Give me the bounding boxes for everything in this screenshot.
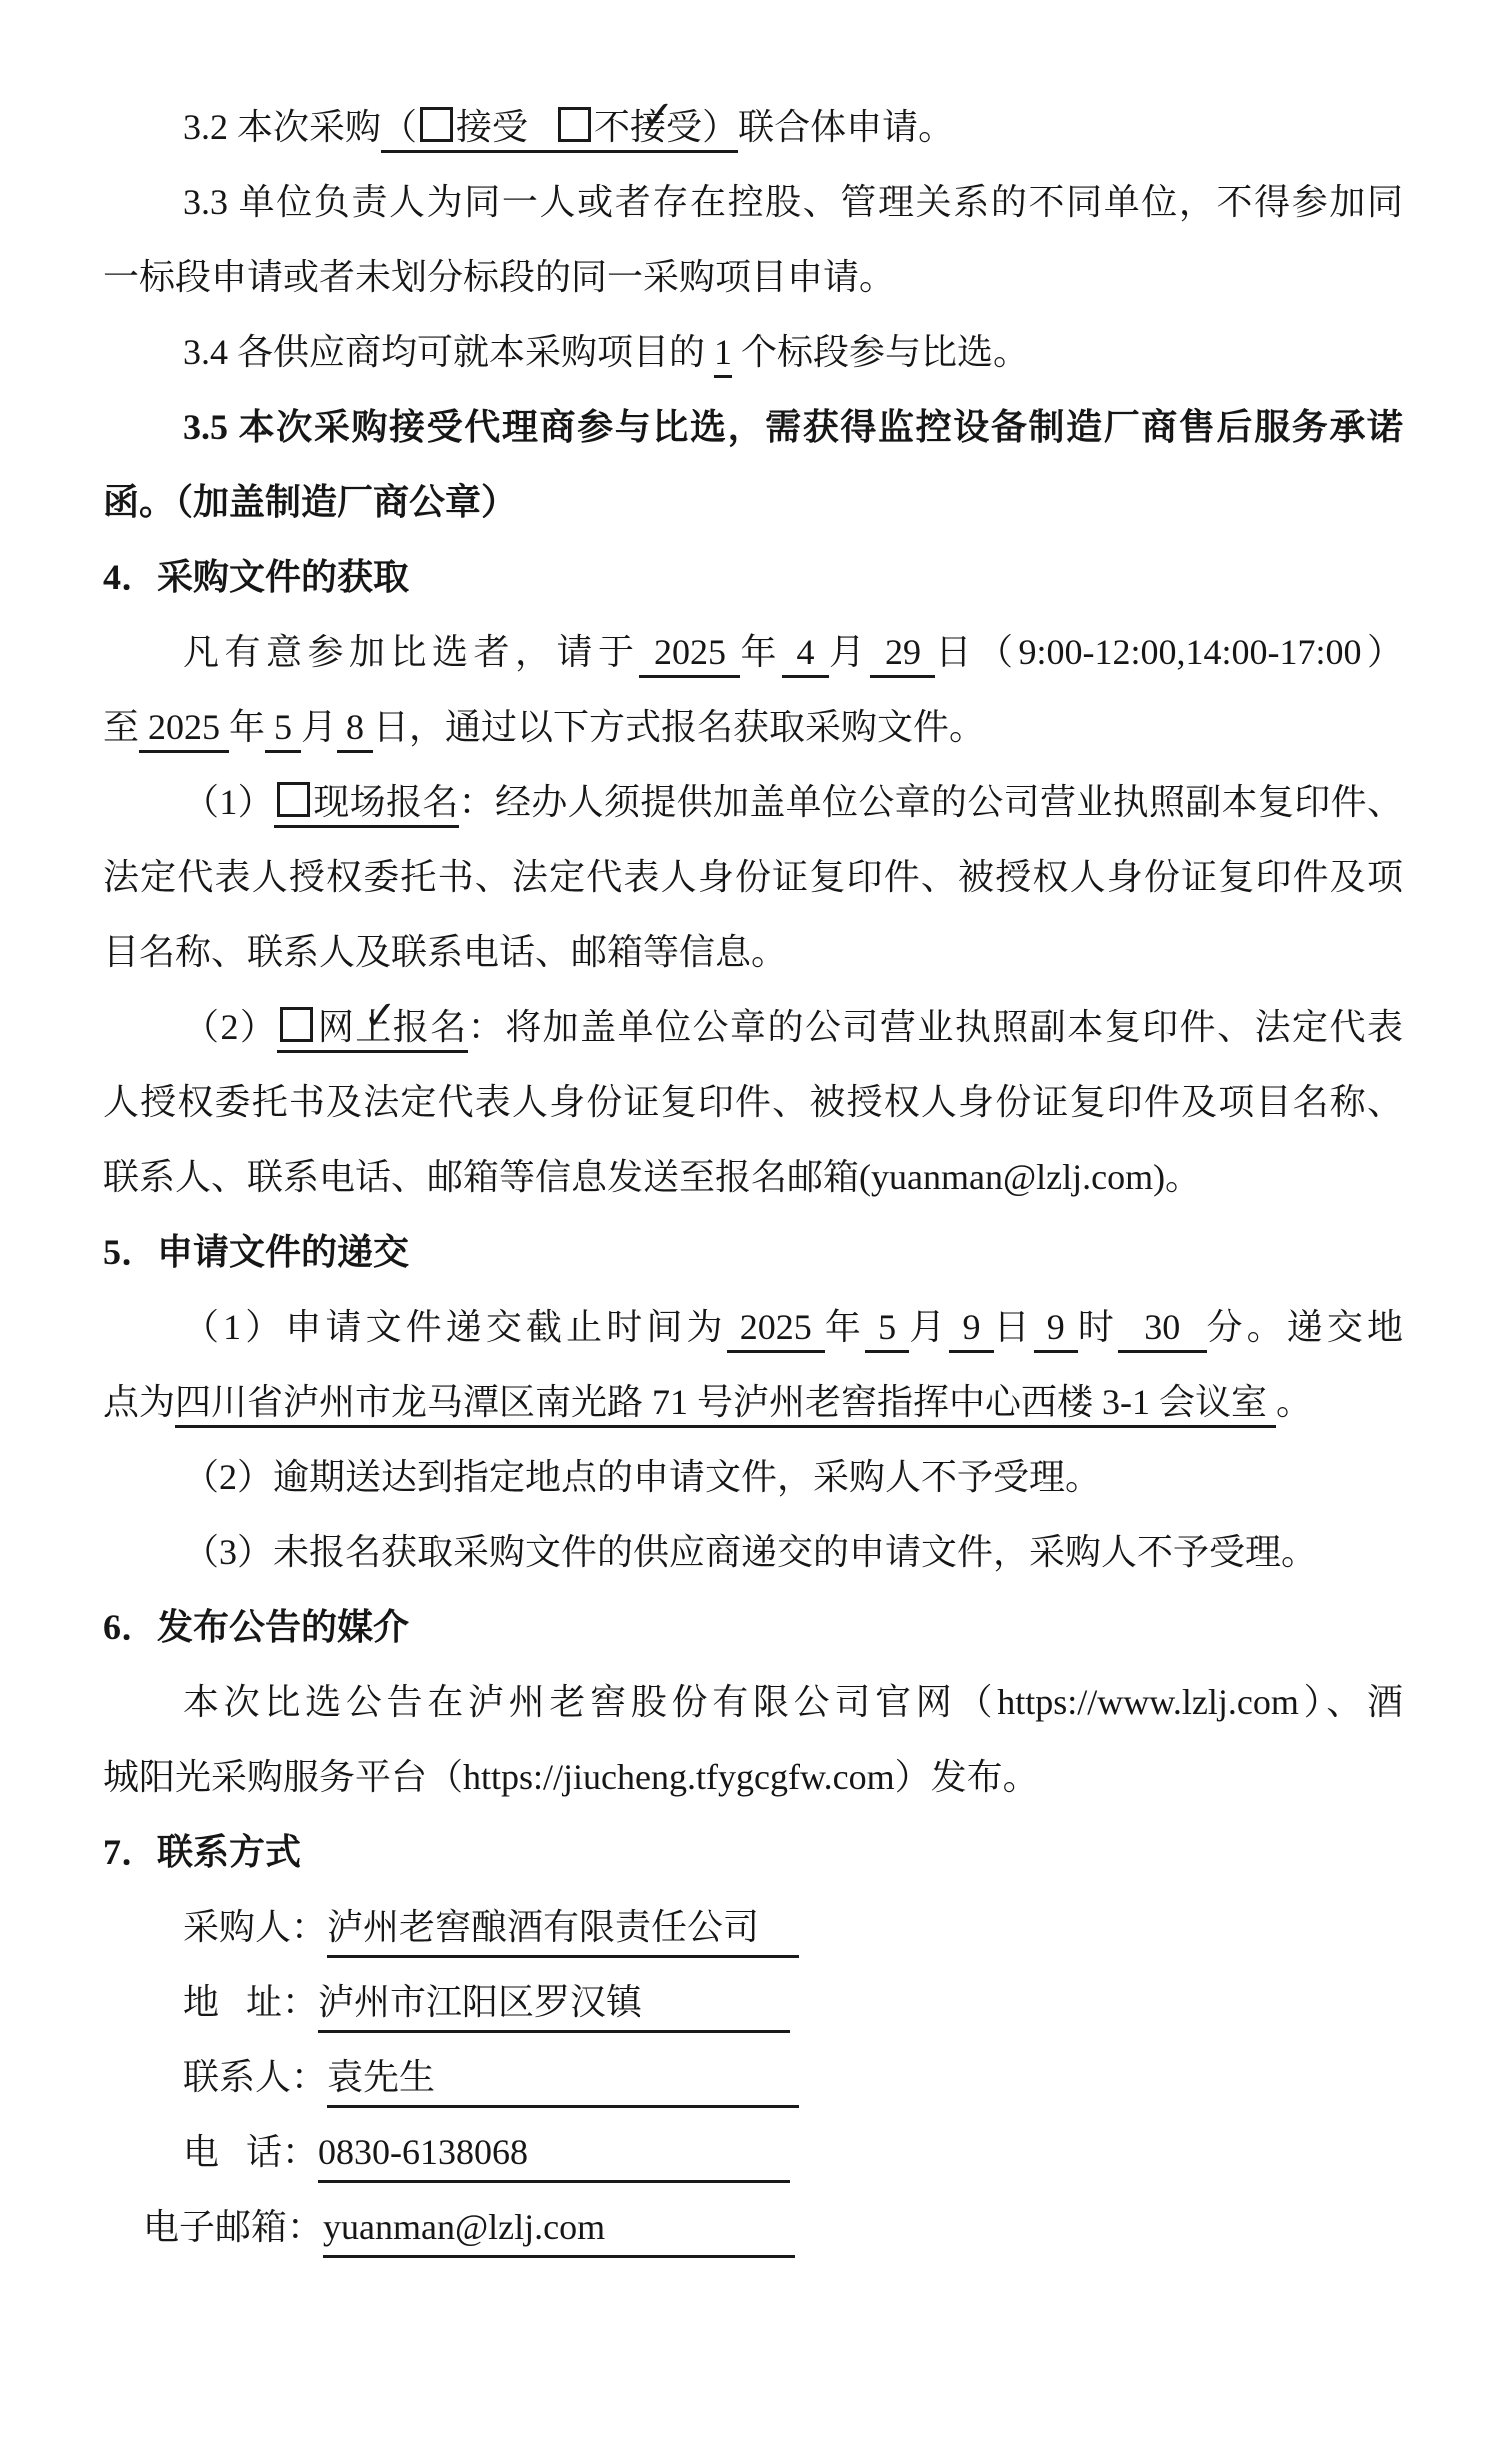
section-4-para-line-1: 凡有意参加比选者，请于 2025 年 4 月 29 日（9:00-12:00,1… <box>103 615 1403 690</box>
text-run: （2）逾期送达到指定地点的申请文件，采购人不予受理。 <box>183 1457 1101 1497</box>
document-body: 3.2 本次采购（接受 ✓不接受）联合体申请。3.3 单位负责人为同一人或者存在… <box>103 90 1403 2265</box>
text-run: 月 <box>909 1307 949 1347</box>
text-run: 月 <box>829 632 871 672</box>
text-run: 6．发布公告的媒介 <box>103 1607 409 1647</box>
checkbox-box: ✓ <box>558 107 591 142</box>
text-run: 年 <box>825 1307 865 1347</box>
clause-3-5-line-2: 函。（加盖制造厂商公章） <box>103 465 1403 540</box>
underlined-text: 5 <box>265 707 301 753</box>
checkbox-unchecked-icon <box>417 107 456 153</box>
checkbox-box <box>277 782 310 817</box>
text-run: （1） <box>183 782 274 822</box>
contact-address-row: 地 址：泸州市江阳区罗汉镇 <box>103 1965 1403 2040</box>
field-value: 泸州市江阳区罗汉镇 <box>318 1978 790 2033</box>
text-run: 联系人、联系电话、邮箱等信息发送至报名邮箱(yuanman@lzlj.com)。 <box>103 1157 1201 1197</box>
underlined-text: 四川省泸州市龙马潭区南光路 71 号泸州老窖指挥中心西楼 3-1 会议室 <box>175 1382 1276 1428</box>
text-run: 时 <box>1078 1307 1118 1347</box>
registration-option-2-line-2: 人授权委托书及法定代表人身份证复印件、被授权人身份证复印件及项目名称、 <box>103 1065 1403 1140</box>
underlined-text: 接受 <box>456 107 528 153</box>
text-run: 目名称、联系人及联系电话、邮箱等信息。 <box>103 932 787 972</box>
contact-email-row: 电子邮箱：yuanman@lzlj.com <box>103 2190 1403 2265</box>
clause-3-3-line-2: 一标段申请或者未划分标段的同一采购项目申请。 <box>103 240 1403 315</box>
text-run: 分。递交地 <box>1207 1307 1403 1347</box>
checkbox-unchecked-icon <box>274 782 313 828</box>
underlined-text: （ <box>381 107 417 153</box>
text-run: 函。（加盖制造厂商公章） <box>103 482 517 522</box>
text-run: 联合体申请。 <box>738 107 954 147</box>
text-run: （2） <box>183 1007 277 1047</box>
section-4-para-line-2: 至 2025 年 5 月 8 日，通过以下方式报名获取采购文件。 <box>103 690 1403 765</box>
section-5-item-3: （3）未报名获取采购文件的供应商递交的申请文件，采购人不予受理。 <box>103 1515 1403 1590</box>
text-run: 一标段申请或者未划分标段的同一采购项目申请。 <box>103 257 895 297</box>
underlined-text: 1 <box>714 332 732 378</box>
underlined-text: 4 <box>782 632 829 678</box>
clause-3-5-line-1: 3.5 本次采购接受代理商参与比选，需获得监控设备制造厂商售后服务承诺 <box>103 390 1403 465</box>
text-run: 3.4 各供应商均可就本采购项目的 <box>183 332 714 372</box>
checkbox-checked-icon: ✓ <box>555 107 594 153</box>
text-run: 4．采购文件的获取 <box>103 557 409 597</box>
underlined-text: 5 <box>865 1307 909 1353</box>
section-6-para-line-1: 本次比选公告在泸州老窖股份有限公司官网（https://www.lzlj.com… <box>103 1665 1403 1740</box>
field-label: 电 话： <box>183 2132 318 2172</box>
text-run: 年 <box>229 707 265 747</box>
underlined-text: 2025 <box>139 707 229 753</box>
registration-option-2-line-1: （2）✓网上报名：将加盖单位公章的公司营业执照副本复印件、法定代表 <box>103 990 1403 1065</box>
registration-option-1-line-2: 法定代表人授权委托书、法定代表人身份证复印件、被授权人身份证复印件及项 <box>103 840 1403 915</box>
section-6-para-line-2: 城阳光采购服务平台（https://jiucheng.tfygcgfw.com）… <box>103 1740 1403 1815</box>
underlined-text: 2025 <box>639 632 740 678</box>
text-run: 日（9:00-12:00,14:00-17:00） <box>935 632 1402 672</box>
text-run: （1）申请文件递交截止时间为 <box>183 1307 727 1347</box>
field-label: 地 址： <box>183 1982 318 2022</box>
text-run: （3）未报名获取采购文件的供应商递交的申请文件，采购人不予受理。 <box>183 1532 1317 1572</box>
text-run: 7．联系方式 <box>103 1832 301 1872</box>
field-value: yuanman@lzlj.com <box>323 2203 795 2258</box>
underlined-text: 8 <box>337 707 373 753</box>
text-run: 5．申请文件的递交 <box>103 1232 409 1272</box>
registration-option-1-line-1: （1）现场报名：经办人须提供加盖单位公章的公司营业执照副本复印件、 <box>103 765 1403 840</box>
contact-person-row: 联系人：袁先生 <box>103 2040 1403 2115</box>
section-6-heading: 6．发布公告的媒介 <box>103 1590 1403 1665</box>
text-run: ：经办人须提供加盖单位公章的公司营业执照副本复印件、 <box>459 782 1403 822</box>
section-5-item-2: （2）逾期送达到指定地点的申请文件，采购人不予受理。 <box>103 1440 1403 1515</box>
section-5-item-1-line-2: 点为四川省泸州市龙马潭区南光路 71 号泸州老窖指挥中心西楼 3-1 会议室 。 <box>103 1365 1403 1440</box>
text-run: 人授权委托书及法定代表人身份证复印件、被授权人身份证复印件及项目名称、 <box>103 1082 1403 1122</box>
underlined-text: ） <box>702 107 738 153</box>
procurement-notice-page: 3.2 本次采购（接受 ✓不接受）联合体申请。3.3 单位负责人为同一人或者存在… <box>0 0 1500 2437</box>
text-run: 凡有意参加比选者，请于 <box>183 632 639 672</box>
contact-phone-row: 电 话：0830-6138068 <box>103 2115 1403 2190</box>
section-4-heading: 4．采购文件的获取 <box>103 540 1403 615</box>
field-value: 0830-6138068 <box>318 2128 790 2183</box>
clause-3-4: 3.4 各供应商均可就本采购项目的 1 个标段参与比选。 <box>103 315 1403 390</box>
field-value: 泸州老窖酿酒有限责任公司 <box>327 1903 799 1958</box>
text-run: 本次比选公告在泸州老窖股份有限公司官网（https://www.lzlj.com… <box>183 1682 1403 1722</box>
text-run: 法定代表人授权委托书、法定代表人身份证复印件、被授权人身份证复印件及项 <box>103 857 1403 897</box>
text-run: 年 <box>740 632 782 672</box>
field-value: 袁先生 <box>327 2053 799 2108</box>
underlined-text <box>528 107 555 153</box>
clause-3-2: 3.2 本次采购（接受 ✓不接受）联合体申请。 <box>103 90 1403 165</box>
check-mark: ✓ <box>561 96 675 136</box>
section-7-heading: 7．联系方式 <box>103 1815 1403 1890</box>
text-run: 3.5 本次采购接受代理商参与比选，需获得监控设备制造厂商售后服务承诺 <box>183 407 1403 447</box>
field-label: 采购人： <box>183 1907 327 1947</box>
text-run: 3.3 单位负责人为同一人或者存在控股、管理关系的不同单位，不得参加同 <box>183 182 1403 222</box>
checkbox-checked-icon: ✓ <box>277 1007 316 1053</box>
text-run: 至 <box>103 707 139 747</box>
registration-option-2-line-3: 联系人、联系电话、邮箱等信息发送至报名邮箱(yuanman@lzlj.com)。 <box>103 1140 1403 1215</box>
section-5-heading: 5．申请文件的递交 <box>103 1215 1403 1290</box>
text-run: ：将加盖单位公章的公司营业执照副本复印件、法定代表 <box>468 1007 1403 1047</box>
section-5-item-1-line-1: （1）申请文件递交截止时间为 2025 年 5 月 9 日 9 时 30 分。递… <box>103 1290 1403 1365</box>
text-run: 日 <box>994 1307 1034 1347</box>
text-run: 点为 <box>103 1382 175 1422</box>
text-run: 城阳光采购服务平台（https://jiucheng.tfygcgfw.com）… <box>103 1757 1039 1797</box>
text-run: 3.2 本次采购 <box>183 107 381 147</box>
check-mark: ✓ <box>283 996 397 1036</box>
text-run: 日，通过以下方式报名获取采购文件。 <box>373 707 985 747</box>
text-run: 。 <box>1276 1382 1312 1422</box>
registration-option-1-line-3: 目名称、联系人及联系电话、邮箱等信息。 <box>103 915 1403 990</box>
contact-purchaser-row: 采购人：泸州老窖酿酒有限责任公司 <box>103 1890 1403 1965</box>
underlined-text: 9 <box>949 1307 993 1353</box>
underlined-text: 现场报名 <box>313 782 459 828</box>
field-label: 联系人： <box>183 2057 327 2097</box>
text-run: 个标段参与比选。 <box>732 332 1029 372</box>
checkbox-box: ✓ <box>280 1007 313 1042</box>
underlined-text: 29 <box>870 632 935 678</box>
underlined-text: 2025 <box>727 1307 825 1353</box>
text-run: 月 <box>301 707 337 747</box>
underlined-text: 30 <box>1118 1307 1206 1353</box>
checkbox-box <box>420 107 453 142</box>
field-label: 电子邮箱： <box>143 2207 323 2247</box>
underlined-text: 9 <box>1034 1307 1078 1353</box>
clause-3-3-line-1: 3.3 单位负责人为同一人或者存在控股、管理关系的不同单位，不得参加同 <box>103 165 1403 240</box>
